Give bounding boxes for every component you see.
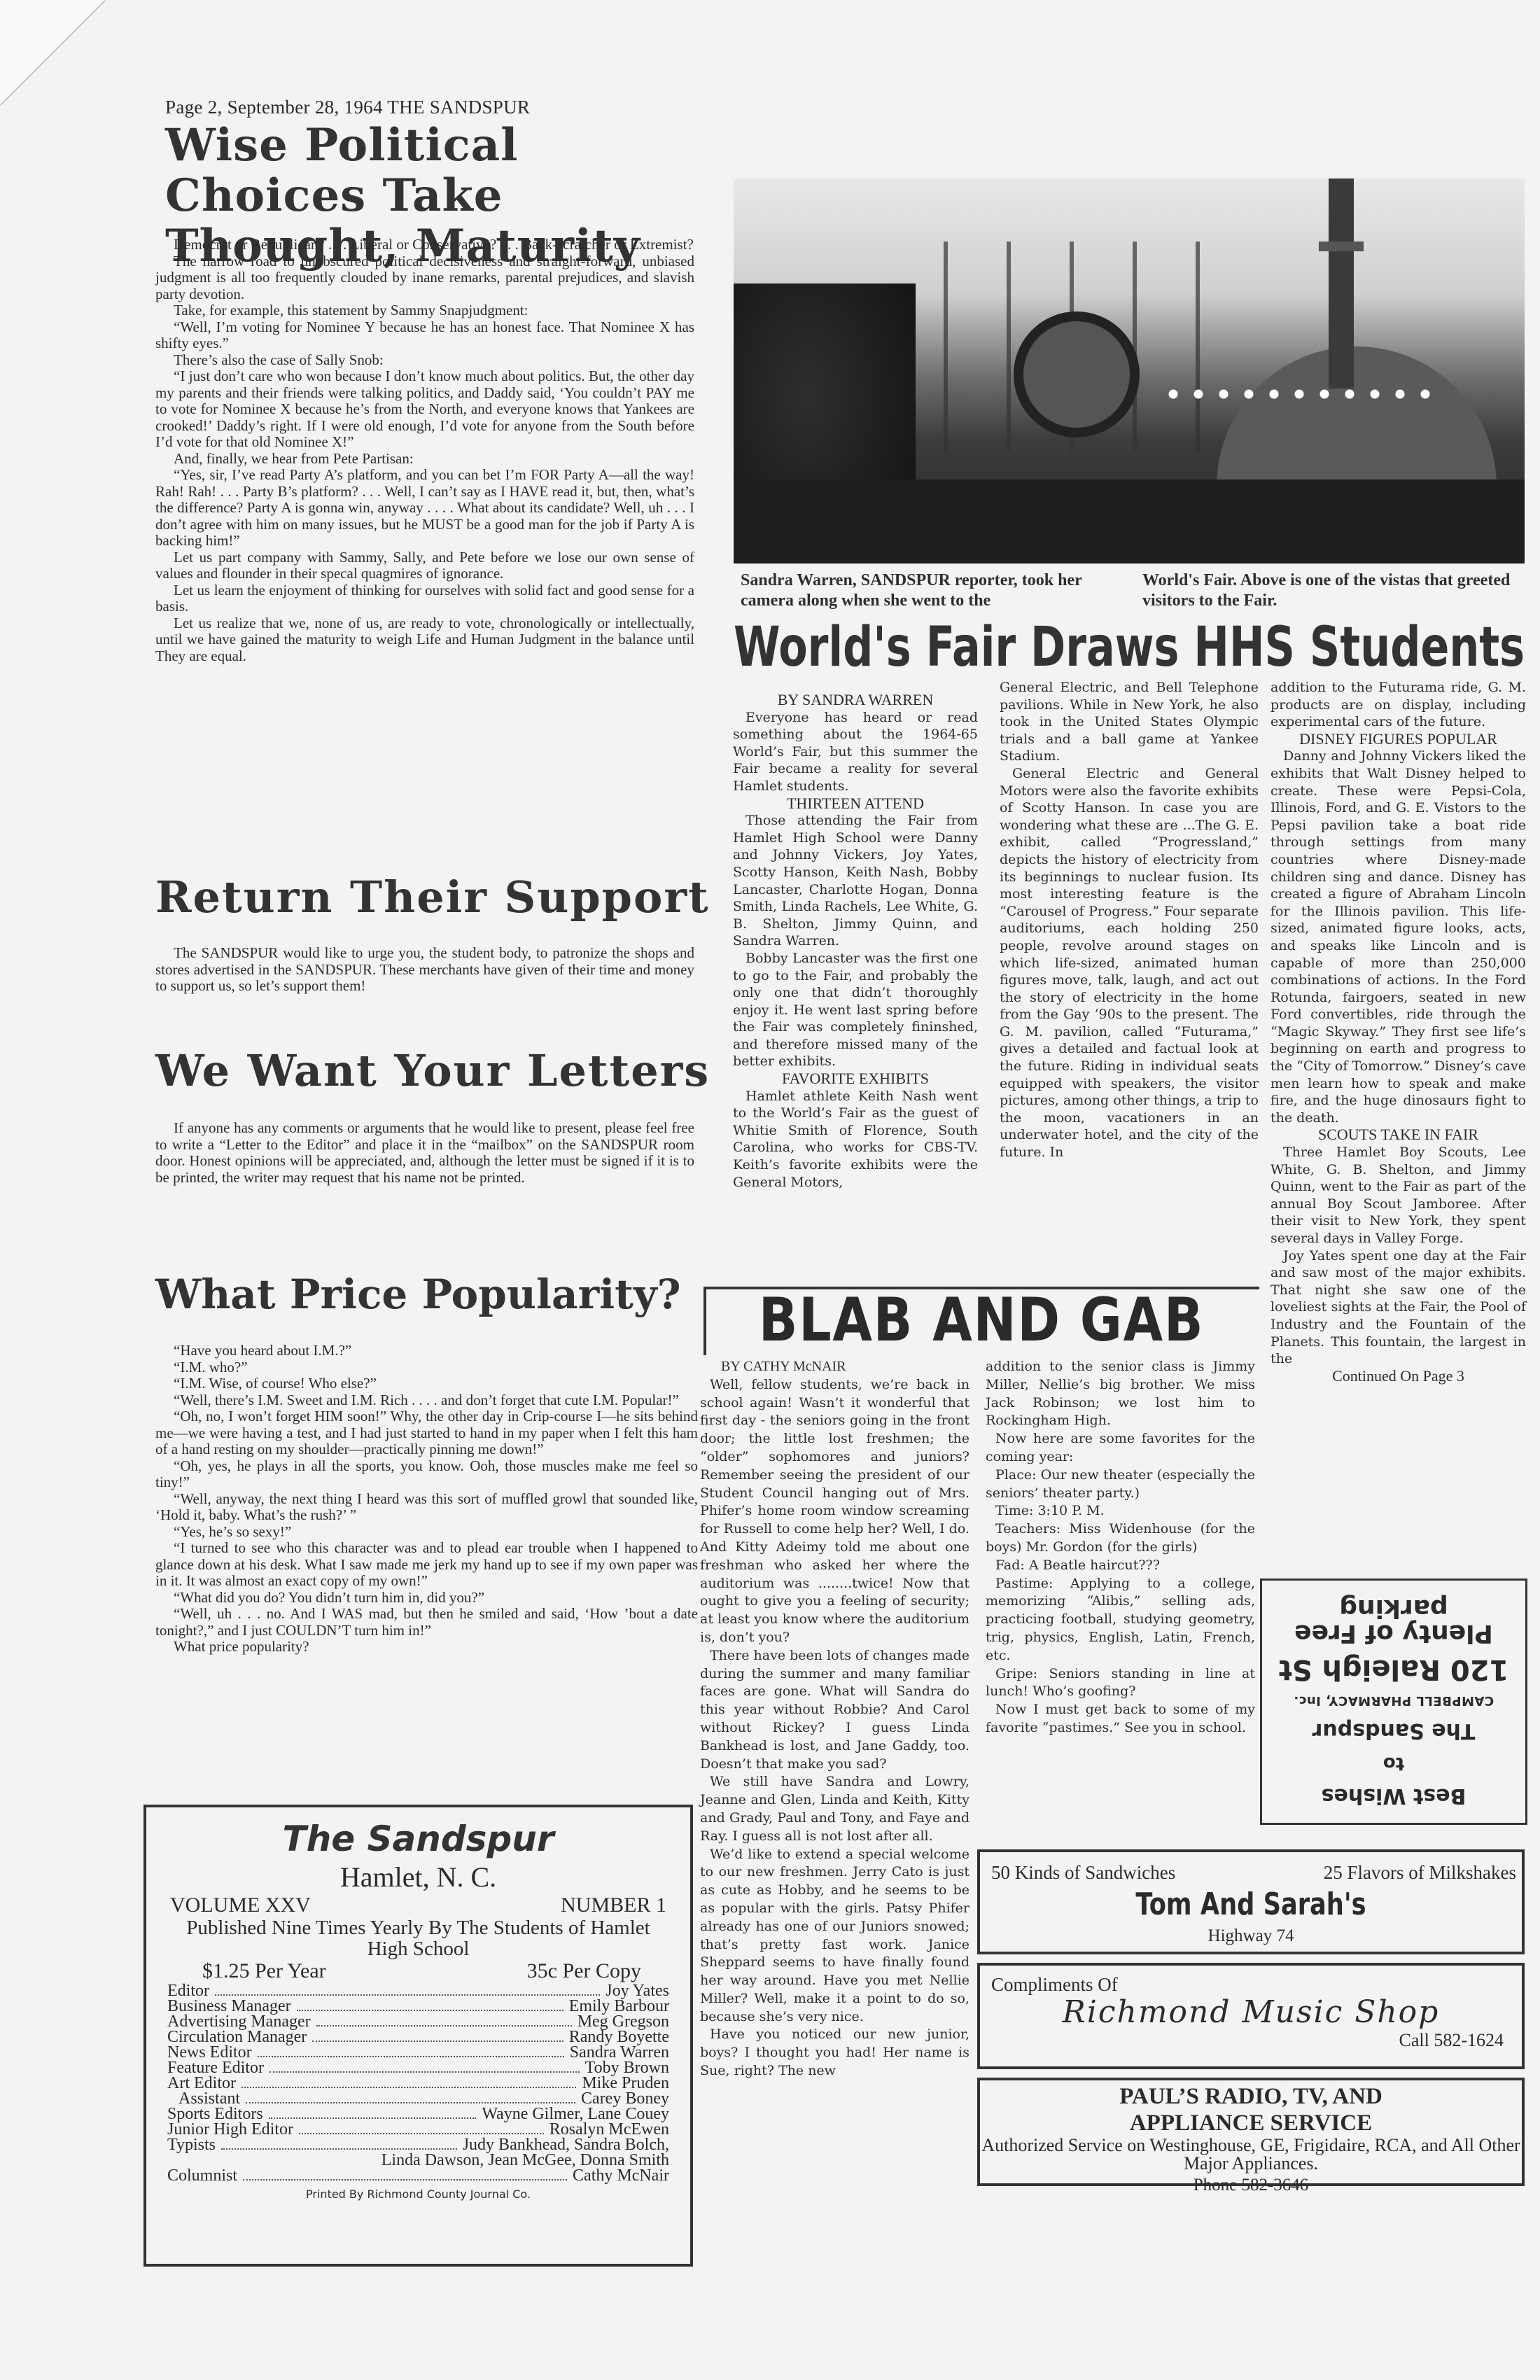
leader-dots [299, 2127, 544, 2134]
ad-campbell-the-sandspur: The Sandspur [1312, 1718, 1476, 1743]
subhead: DISNEY FIGURES POPULAR [1270, 731, 1526, 748]
continued-link[interactable]: Continued On Page 3 [1270, 1368, 1526, 1385]
masthead-city: Hamlet, N. C. [167, 1861, 669, 1893]
ad-pauls-name-line1: PAUL’S RADIO, TV, AND [980, 2086, 1522, 2107]
leader-dots [312, 2035, 563, 2042]
paragraph: Let us part company with Sammy, Sally, a… [155, 549, 694, 582]
headline-blab-and-gab: BLAB AND GAB [745, 1285, 1218, 1355]
staff-role: Editor [167, 1983, 209, 1998]
paragraph: “Well, anyway, the next thing I heard wa… [155, 1491, 698, 1524]
staff-row: News EditorSandra Warren [167, 2045, 669, 2060]
staff-role: Business Manager [167, 1998, 291, 2014]
paragraph: Joy Yates spent one day at the Fair and … [1270, 1247, 1526, 1368]
paragraph: The SANDSPUR would like to urge you, the… [155, 945, 694, 995]
staff-name: Wayne Gilmer, Lane Couey [482, 2106, 669, 2122]
ad-pauls-name-line2: APPLIANCE SERVICE [980, 2113, 1522, 2134]
leader-dots [316, 2019, 572, 2026]
masthead-published: Published Nine Times Yearly By The Stude… [167, 1917, 669, 1959]
masthead-printed-by: Printed By Richmond County Journal Co. [167, 2187, 669, 2201]
worlds-fair-column-1: BY SANDRA WARREN Everyone has heard or r… [733, 692, 978, 1191]
paragraph: “Have you heard about I.M.?” [155, 1343, 698, 1359]
staff-name: Cathy McNair [573, 2168, 669, 2183]
paragraph: Everyone has heard or read something abo… [733, 709, 978, 795]
article-wise-political-choices: Democrat or Republican? . . . Liberal or… [155, 237, 694, 664]
paragraph: “I.M. who?” [155, 1359, 698, 1376]
staff-row: Business ManagerEmily Barbour [167, 1998, 669, 2014]
ad-campbell-parking: Plenty of Free parking [1269, 1595, 1518, 1646]
staff-name: Judy Bankhead, Sandra Bolch, [463, 2137, 669, 2152]
ad-tom-top-row: 50 Kinds of Sandwiches 25 Flavors of Mil… [980, 1852, 1522, 1884]
photo-tower [1329, 178, 1354, 388]
staff-row: TypistsJudy Bankhead, Sandra Bolch, [167, 2137, 669, 2152]
paragraph: “Well, there’s I.M. Sweet and I.M. Rich … [155, 1392, 698, 1409]
ad-campbell-pharmacy: Best Wishes to The Sandspur CAMPBELL PHA… [1260, 1578, 1527, 1825]
leader-dots [269, 2066, 580, 2073]
leader-dots [258, 2050, 564, 2057]
staff-role: Junior High Editor [167, 2122, 293, 2137]
staff-row: Circulation ManagerRandy Boyette [167, 2029, 669, 2045]
paragraph: “What did you do? You didn’t turn him in… [155, 1590, 698, 1606]
staff-role: Sports Editors [167, 2106, 263, 2122]
staff-role: Typists [167, 2137, 216, 2152]
ad-pauls-description: Authorized Service on Westinghouse, GE, … [980, 2136, 1522, 2173]
staff-name: Randy Boyette [569, 2029, 669, 2045]
ad-tom-name: Tom And Sarah's [1034, 1886, 1467, 1922]
paragraph: Place: Our new theater (especially the s… [986, 1466, 1255, 1503]
staff-name: Toby Brown [585, 2060, 669, 2075]
paragraph: “Oh, yes, he plays in all the sports, yo… [155, 1458, 698, 1491]
ad-campbell-best-wishes: Best Wishes [1322, 1784, 1466, 1808]
paragraph: “Yes, sir, I’ve read Party A’s platform,… [155, 467, 694, 549]
photo-crowd [734, 479, 1525, 563]
ad-tom-milkshakes: 25 Flavors of Milkshakes [1324, 1862, 1516, 1884]
worlds-fair-column-2: General Electric, and Bell Telephone pav… [1000, 679, 1259, 1161]
leader-dots [241, 2081, 576, 2088]
paragraph: Three Hamlet Boy Scouts, Lee White, G. B… [1270, 1144, 1526, 1247]
staff-row: EditorJoy Yates [167, 1983, 669, 1998]
staff-role: News Editor [167, 2045, 252, 2060]
ad-pauls-radio-tv: PAUL’S RADIO, TV, AND APPLIANCE SERVICE … [977, 2078, 1525, 2186]
ad-tom-location: Highway 74 [980, 1926, 1522, 1946]
paragraph: Those attending the Fair from Hamlet Hig… [733, 812, 978, 950]
staff-typists-continued: Linda Dawson, Jean McGee, Donna Smith [167, 2152, 669, 2168]
paragraph: There have been lots of changes made dur… [700, 1647, 969, 1774]
leader-dots [246, 2096, 575, 2103]
paragraph: “Well, I’m voting for Nominee Y because … [155, 319, 694, 352]
paragraph: Hamlet athlete Keith Nash went to the Wo… [733, 1088, 978, 1191]
price-per-year: $1.25 Per Year [202, 1959, 326, 1983]
staff-name: Meg Gregson [577, 2014, 669, 2029]
staff-name: Joy Yates [605, 1983, 669, 1998]
headline-we-want-your-letters: We Want Your Letters [155, 1045, 710, 1096]
headline-worlds-fair: World's Fair Draws HHS Students [734, 616, 1414, 679]
leader-dots [297, 2004, 563, 2011]
paragraph: “I just don’t care who won because I don… [155, 368, 694, 451]
staff-role: Columnist [167, 2168, 237, 2183]
paragraph: We’d like to extend a special welcome to… [700, 1846, 969, 2026]
paragraph: Take, for example, this statement by Sam… [155, 302, 694, 319]
paragraph: Now here are some favorites for the comi… [986, 1430, 1255, 1466]
paragraph: Teachers: Miss Widenhouse (for the boys)… [986, 1520, 1255, 1557]
paragraph: Danny and Johnny Vickers liked the exhib… [1270, 748, 1526, 1126]
worlds-fair-photo [734, 178, 1525, 563]
ad-rms-phone: Call 582-1624 [980, 2030, 1522, 2051]
paragraph: And, finally, we hear from Pete Partisan… [155, 451, 694, 468]
leader-dots [269, 2112, 477, 2119]
staff-row: Junior High EditorRosalyn McEwen [167, 2122, 669, 2137]
byline: BY CATHY McNAIR [700, 1358, 969, 1376]
article-we-want-your-letters: If anyone has any comments or arguments … [155, 1120, 694, 1186]
staff-row: Feature EditorToby Brown [167, 2060, 669, 2075]
paragraph: “I turned to see who this character was … [155, 1540, 698, 1590]
ad-tom-sandwiches: 50 Kinds of Sandwiches [991, 1862, 1175, 1884]
staff-list: EditorJoy Yates Business ManagerEmily Ba… [167, 1983, 669, 2183]
staff-row: ColumnistCathy McNair [167, 2168, 669, 2183]
paragraph: Democrat or Republican? . . . Liberal or… [155, 237, 694, 253]
photo-lights [1161, 388, 1441, 400]
ad-tom-and-sarahs: 50 Kinds of Sandwiches 25 Flavors of Mil… [977, 1849, 1525, 1954]
leader-dots [215, 1989, 600, 1996]
paragraph: Bobby Lancaster was the first one to go … [733, 950, 978, 1070]
leader-dots [243, 2173, 567, 2180]
staff-name: Carey Boney [581, 2091, 669, 2106]
paragraph: We still have Sandra and Lowry, Jeanne a… [700, 1773, 969, 1845]
staff-name: Mike Pruden [582, 2075, 669, 2091]
paragraph: Have you noticed our new junior, boys? I… [700, 2026, 969, 2080]
photo-caption-left: Sandra Warren, SANDSPUR reporter, took h… [741, 570, 1119, 611]
staff-name: Emily Barbour [569, 1998, 669, 2014]
subhead: THIRTEEN ATTEND [733, 795, 978, 813]
ad-rms-compliments: Compliments Of [980, 1966, 1522, 1996]
staff-role: Advertising Manager [167, 2014, 311, 2029]
subhead: SCOUTS TAKE IN FAIR [1270, 1126, 1526, 1144]
subhead: FAVORITE EXHIBITS [733, 1070, 978, 1088]
byline: BY SANDRA WARREN [733, 692, 978, 709]
paragraph: “Well, uh . . . no. And I WAS mad, but t… [155, 1606, 698, 1639]
paragraph: General Electric and General Motors were… [1000, 765, 1259, 1161]
page-corner-fold [0, 0, 105, 105]
staff-row: Sports EditorsWayne Gilmer, Lane Couey [167, 2106, 669, 2122]
leader-dots [221, 2143, 457, 2150]
headline-what-price-popularity: What Price Popularity? [155, 1270, 681, 1318]
paragraph: Let us realize that we, none of us, are … [155, 615, 694, 665]
ad-pauls-phone: Phone 582-3646 [980, 2176, 1522, 2195]
masthead-volume-row: VOLUME XXV NUMBER 1 [167, 1893, 669, 1917]
paragraph: addition to the senior class is Jimmy Mi… [986, 1358, 1255, 1430]
price-per-copy: 35c Per Copy [527, 1959, 641, 1983]
staff-role: Feature Editor [167, 2060, 264, 2075]
staff-role: Circulation Manager [167, 2029, 307, 2045]
blab-and-gab-column-2: addition to the senior class is Jimmy Mi… [986, 1358, 1255, 1737]
paragraph: “Yes, he’s so sexy!” [155, 1524, 698, 1541]
staff-name: Rosalyn McEwen [549, 2122, 669, 2137]
paragraph: “Oh, no, I won’t forget HIM soon!” Why, … [155, 1408, 698, 1458]
photo-wheel [1014, 311, 1140, 437]
staff-row: AssistantCarey Boney [167, 2091, 669, 2106]
paragraph: If anyone has any comments or arguments … [155, 1120, 694, 1186]
paragraph: General Electric, and Bell Telephone pav… [1000, 679, 1259, 765]
masthead-box: The Sandspur Hamlet, N. C. VOLUME XXV NU… [143, 1805, 693, 2267]
staff-name: Sandra Warren [570, 2045, 669, 2060]
paragraph: “I.M. Wise, of course! Who else?” [155, 1375, 698, 1392]
headline-return-their-support: Return Their Support [155, 871, 710, 923]
paragraph: Let us learn the enjoyment of thinking f… [155, 582, 694, 615]
blab-and-gab-column-1: BY CATHY McNAIR Well, fellow students, w… [700, 1358, 969, 2080]
paragraph: Fad: A Beatle haircut??? [986, 1557, 1255, 1575]
masthead-price-row: $1.25 Per Year 35c Per Copy [167, 1959, 669, 1983]
masthead-title: The Sandspur [167, 1819, 669, 1859]
paragraph: Gripe: Seniors standing in line at lunch… [986, 1665, 1255, 1702]
masthead-number: NUMBER 1 [561, 1893, 666, 1917]
staff-role: Assistant [178, 2091, 240, 2106]
paragraph: There’s also the case of Sally Snob: [155, 352, 694, 369]
paragraph: Pastime: Applying to a college, memorizi… [986, 1575, 1255, 1665]
article-return-their-support: The SANDSPUR would like to urge you, the… [155, 945, 694, 995]
photo-caption-right: World's Fair. Above is one of the vistas… [1142, 570, 1524, 611]
paragraph: addition to the Futurama ride, G. M. pro… [1270, 679, 1526, 731]
staff-role: Art Editor [167, 2075, 236, 2091]
ad-campbell-business-name: CAMPBELL PHARMACY, Inc. [1294, 1693, 1494, 1708]
masthead-volume: VOLUME XXV [170, 1893, 311, 1917]
paragraph: Now I must get back to some of my favori… [986, 1701, 1255, 1737]
worlds-fair-column-3: addition to the Futurama ride, G. M. pro… [1270, 679, 1526, 1385]
photo-dome [1217, 346, 1497, 486]
paragraph: Well, fellow students, we’re back in sch… [700, 1376, 969, 1647]
ad-rms-name: Richmond Music Shop [980, 1994, 1522, 2030]
article-what-price-popularity: “Have you heard about I.M.?” “I.M. who?”… [155, 1343, 698, 1655]
dateline: Page 2, September 28, 1964 THE SANDSPUR [165, 97, 530, 118]
staff-row: Art EditorMike Pruden [167, 2075, 669, 2091]
paragraph: The narrow road to unobscured political … [155, 253, 694, 303]
ad-campbell-address: 120 Raleigh St [1279, 1655, 1509, 1683]
paragraph: Time: 3:10 P. M. [986, 1502, 1255, 1520]
staff-row: Advertising ManagerMeg Gregson [167, 2014, 669, 2029]
ad-richmond-music-shop: Compliments Of Richmond Music Shop Call … [977, 1963, 1525, 2069]
ad-campbell-to: to [1383, 1753, 1404, 1774]
ad-campbell-inverted-content: Best Wishes to The Sandspur CAMPBELL PHA… [1262, 1581, 1525, 1823]
paragraph: What price popularity? [155, 1639, 698, 1655]
